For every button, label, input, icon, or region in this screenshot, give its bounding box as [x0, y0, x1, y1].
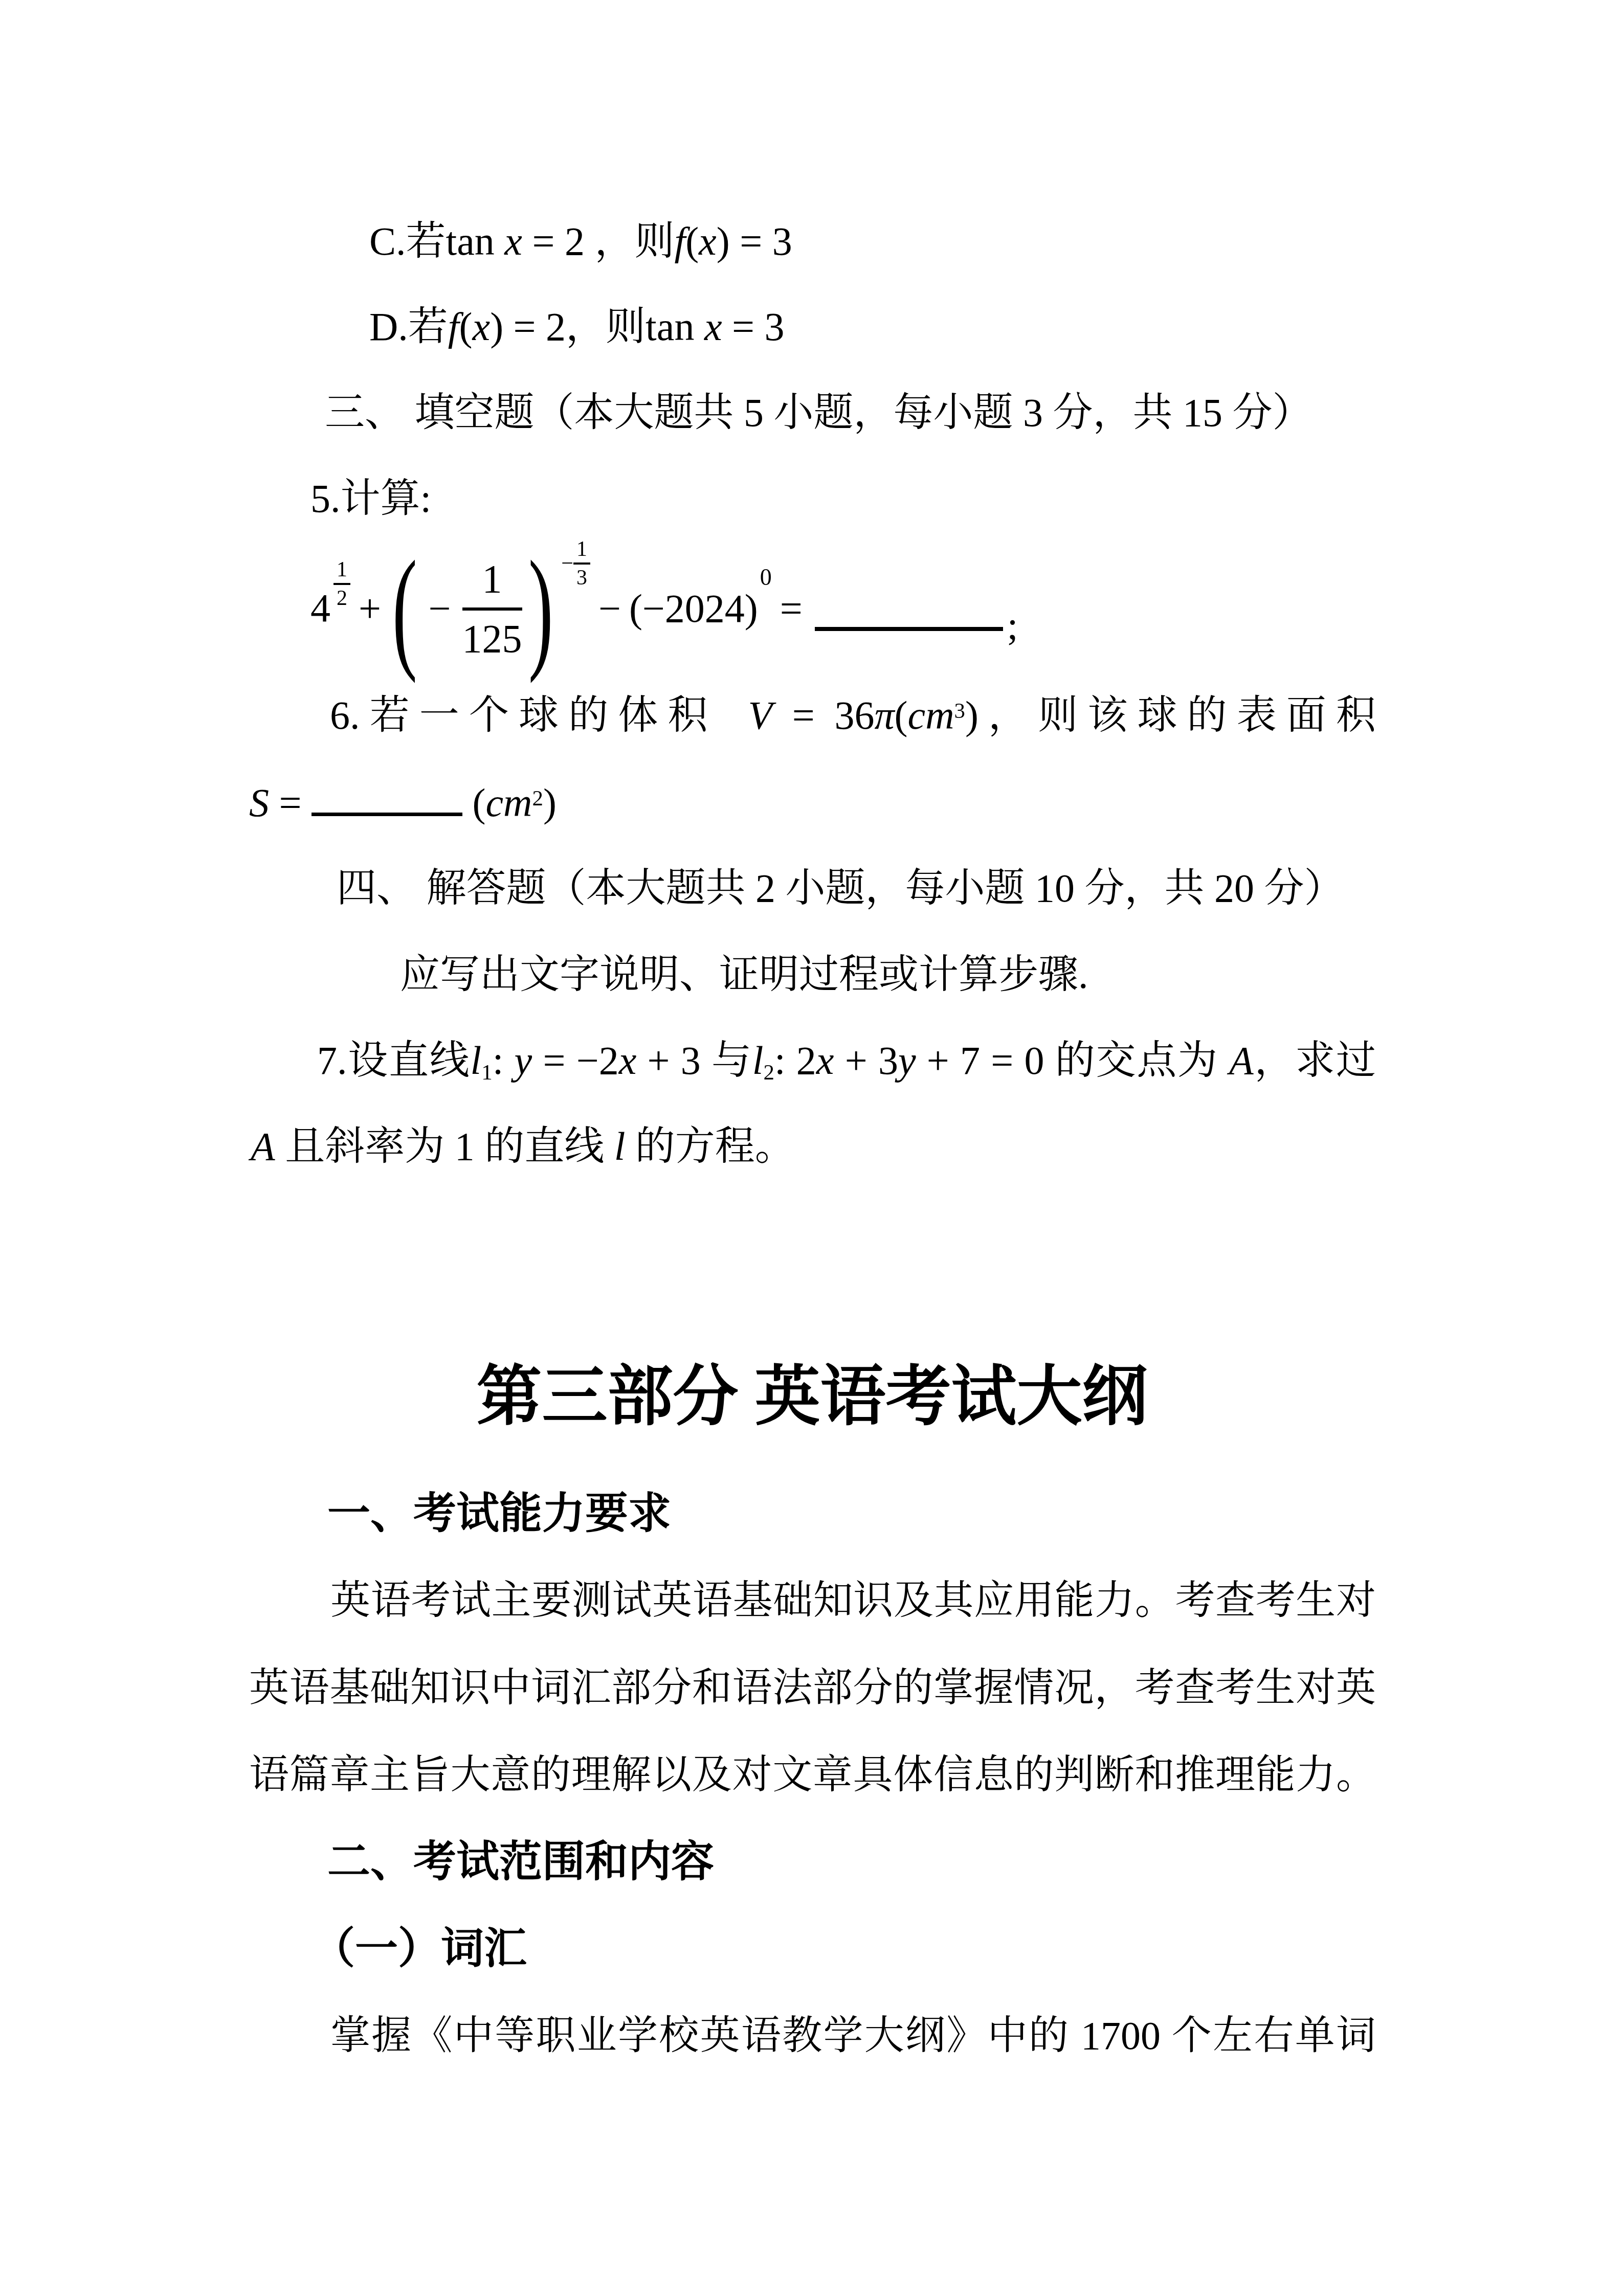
question-6-line: 6.若一个球的体积V = 36π(cm3)，则该球的表面积 [330, 689, 1376, 741]
exponent-zero: 0 [760, 562, 772, 593]
part3-paragraph-2-line-1: 掌握《中等职业学校英语教学大纲》中的 1700 个左右单词 [330, 2010, 1376, 2061]
exponent-one-half: 12 [333, 557, 350, 611]
text-segment: ( [895, 693, 908, 737]
text-segment: 6.若一个球的体积 [330, 693, 718, 737]
minus-operator: − [598, 582, 621, 634]
text-segment: = −2 [532, 1038, 618, 1083]
text-segment: + 3 [834, 1038, 898, 1083]
question-7-line-2: A 且斜率为 1 的直线 l 的方程。 [251, 1120, 795, 1172]
text-segment: = 36 [772, 693, 874, 737]
text-segment: + 7 = 0 的交点为 [916, 1038, 1229, 1083]
text-segment: + 3 与 [636, 1038, 752, 1083]
option-d-line: D.若f(x) = 2，则tan x = 3 [369, 301, 785, 352]
text-segment: y [515, 1038, 532, 1083]
close-paren: ) [528, 541, 553, 677]
question-6-answer-line: S = (cm2) [249, 777, 557, 828]
text-segment: 1 [481, 1061, 492, 1085]
text-segment: l [471, 1038, 482, 1083]
section-3-heading: 三、 填空题（本大题共 5 小题，每小题 3 分，共 15 分） [325, 387, 1312, 438]
text-segment: f [448, 304, 459, 349]
part3-section-1-heading: 一、考试能力要求 [327, 1485, 671, 1541]
text-segment: ，则该球的表面积 [978, 693, 1376, 737]
text-segment: 7.设直线 [317, 1038, 471, 1083]
text-segment: : 2 [774, 1038, 816, 1083]
text-segment: x [473, 304, 491, 349]
text-segment: A [1229, 1038, 1254, 1083]
text-segment: l [614, 1124, 626, 1168]
text-segment: ) [543, 780, 557, 825]
part3-section-2-heading: 二、考试范围和内容 [327, 1834, 714, 1889]
open-paren: ( [392, 541, 417, 677]
section-4-heading: 四、 解答题（本大题共 2 小题，每小题 10 分，共 20 分） [337, 862, 1344, 914]
text-segment: x [619, 1038, 637, 1083]
question-5-formula: 412 + ( − 1125 ) −13 − (−2024)0 = ; [310, 532, 1018, 685]
text-segment: D.若 [369, 304, 448, 349]
question-5-label: 5.计算: [310, 472, 431, 524]
text-segment: f [674, 219, 685, 263]
fraction-1-over-125: 1125 [462, 553, 522, 665]
text-segment: cm [485, 780, 532, 825]
text-segment: 3 [954, 699, 965, 723]
section-4-note: 应写出文字说明、证明过程或计算步骤. [400, 949, 1088, 1000]
question-7-line-1: 7.设直线l1: y = −2x + 3 与l2: 2x + 3y + 7 = … [317, 1034, 1376, 1087]
part3-paragraph-1-line-3: 语篇章主旨大意的理解以及对文章具体信息的判断和推理能力。 [249, 1749, 1376, 1800]
text-segment: x [816, 1038, 834, 1083]
option-c-line: C.若tan x = 2 ，则f(x) = 3 [369, 215, 792, 267]
text-segment: 2 [763, 1061, 774, 1085]
base-four: 4 [310, 582, 330, 634]
equals-sign: = [780, 582, 803, 634]
plus-operator: + [359, 582, 381, 634]
text-segment: cm [908, 693, 954, 737]
text-segment: ( [685, 219, 699, 263]
text-segment: x [699, 219, 717, 263]
text-segment: C.若 [369, 219, 446, 263]
answer-blank-q5 [815, 627, 1003, 631]
text-segment: = [269, 780, 312, 825]
document-page: C.若tan x = 2 ，则f(x) = 3 D.若f(x) = 2，则tan… [0, 0, 1624, 2296]
term-2024-power: (−2024)0 [629, 582, 772, 634]
part3-subsection-1-heading: （一）词汇 [312, 1921, 527, 1976]
text-segment: x [704, 304, 722, 349]
term-four-power: 412 [310, 582, 350, 636]
text-segment: ) = 2，则 [490, 304, 646, 349]
inner-minus-sign: − [429, 582, 451, 634]
text-segment: π [874, 693, 894, 737]
part3-paragraph-1-line-1: 英语考试主要测试英语基础知识及其应用能力。考查考生对 [330, 1574, 1376, 1626]
text-segment: S [249, 780, 269, 825]
text-segment: : [493, 1038, 515, 1083]
exponent-neg-one-third: −13 [561, 537, 590, 591]
semicolon: ; [1007, 600, 1018, 651]
text-segment: 的方程。 [625, 1124, 795, 1168]
answer-blank [312, 811, 462, 816]
text-segment: ，求过 [1254, 1038, 1376, 1083]
text-segment: l [752, 1038, 764, 1083]
text-segment: = 2 ，则 [522, 219, 675, 263]
part3-paragraph-1-line-2: 英语基础知识中词汇部分和语法部分的掌握情况，考查考生对英 [249, 1662, 1376, 1714]
text-segment: ) [965, 693, 978, 737]
text-segment: V [748, 693, 773, 737]
part-3-title: 第三部分 英语考试大纲 [0, 1358, 1624, 1437]
text-segment: tan [446, 219, 505, 263]
text-segment: x [504, 219, 522, 263]
text-segment: tan [646, 304, 704, 349]
text-segment: 2 [532, 786, 543, 811]
text-segment: y [898, 1038, 916, 1083]
text-segment: ( [459, 304, 473, 349]
text-segment: ) = 3 [717, 219, 792, 263]
text-segment: A [251, 1124, 275, 1168]
text-segment: = 3 [722, 304, 785, 349]
text-segment: ( [462, 780, 485, 825]
text-segment: 且斜率为 1 的直线 [275, 1124, 614, 1168]
